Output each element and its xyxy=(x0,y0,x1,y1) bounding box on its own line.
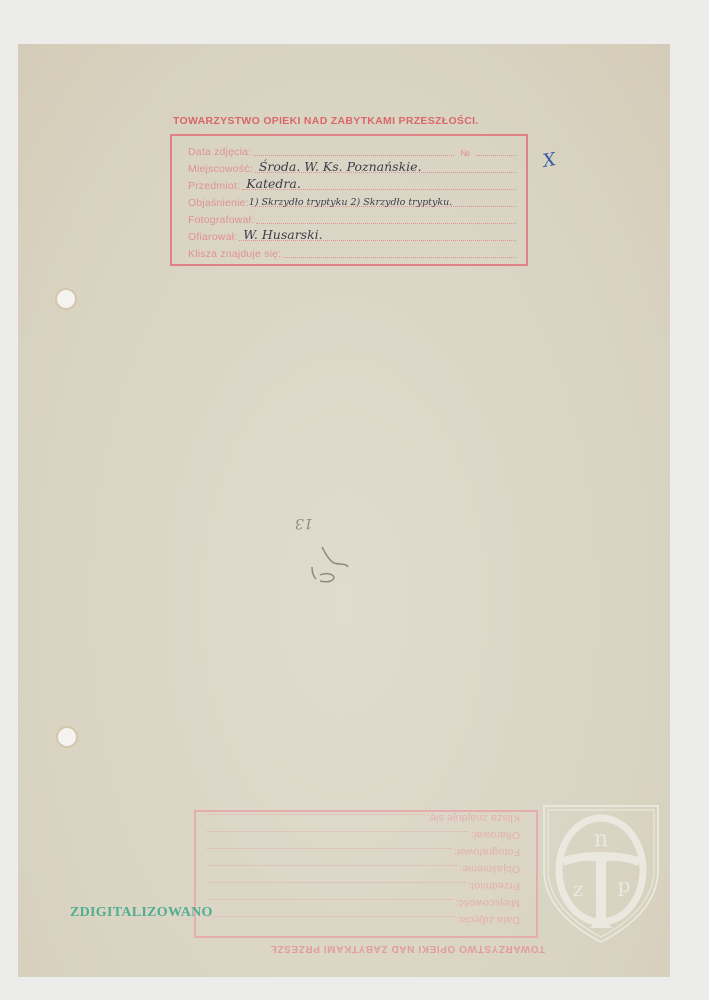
field-subject: Przedmiot: Katedra. xyxy=(188,176,516,192)
mirrored-stamp-title: TOWARZYSTWO OPIEKI NAD ZABYTKAMI PRZESZŁ xyxy=(225,943,545,954)
field-label: Fotografował: xyxy=(188,214,254,226)
handwritten-value: Środa. W. Ks. Poznańskie. xyxy=(259,159,422,174)
field-label: Ofiarował: xyxy=(188,231,237,243)
svg-text:p: p xyxy=(618,873,631,897)
field-label: Data zdjęcia: xyxy=(188,146,251,158)
field-photo-date: Data zdjęcia: № xyxy=(188,142,516,158)
field-description: Objaśnienie: 1) Skrzydło tryptyku 2) Skr… xyxy=(188,193,516,209)
digitized-stamp: ZDIGITALIZOWANO xyxy=(70,905,213,921)
handwritten-value: W. Husarski. xyxy=(243,227,322,242)
svg-text:z: z xyxy=(573,877,584,901)
field-donor: Ofiarował: W. Husarski. xyxy=(188,227,516,243)
field-label: Klisza znajduje się: xyxy=(188,248,281,260)
svg-text:n: n xyxy=(594,827,608,852)
pencil-scribble-icon xyxy=(306,545,356,585)
number-label: № xyxy=(460,148,470,158)
mirrored-stamp-offset: Data zdjęcia: Miejscowość: Przedmiot: Ob… xyxy=(194,810,538,938)
field-locality: Miejscowość: Środa. W. Ks. Poznańskie. xyxy=(188,159,516,175)
field-label: Objaśnienie: xyxy=(188,197,249,209)
field-label: Miejscowość: xyxy=(188,163,253,175)
field-photographer: Fotografował: xyxy=(188,210,516,226)
stamp-title: TOWARZYSTWO OPIEKI NAD ZABYTKAMI PRZESZŁ… xyxy=(173,115,543,127)
tonzp-shield-emblem-icon: n z p xyxy=(538,800,664,945)
punch-hole-bottom xyxy=(58,728,76,746)
handwritten-value: 1) Skrzydło tryptyku 2) Skrzydło tryptyk… xyxy=(249,197,452,208)
handwritten-value: Katedra. xyxy=(246,176,301,191)
record-form-stamp: Data zdjęcia: № Miejscowość: Środa. W. K… xyxy=(170,134,528,266)
field-negative-location: Klisza znajduje się: xyxy=(188,244,516,260)
field-label: Przedmiot: xyxy=(188,180,240,192)
pencil-number: 13 xyxy=(295,515,313,531)
punch-hole-top xyxy=(57,290,75,308)
